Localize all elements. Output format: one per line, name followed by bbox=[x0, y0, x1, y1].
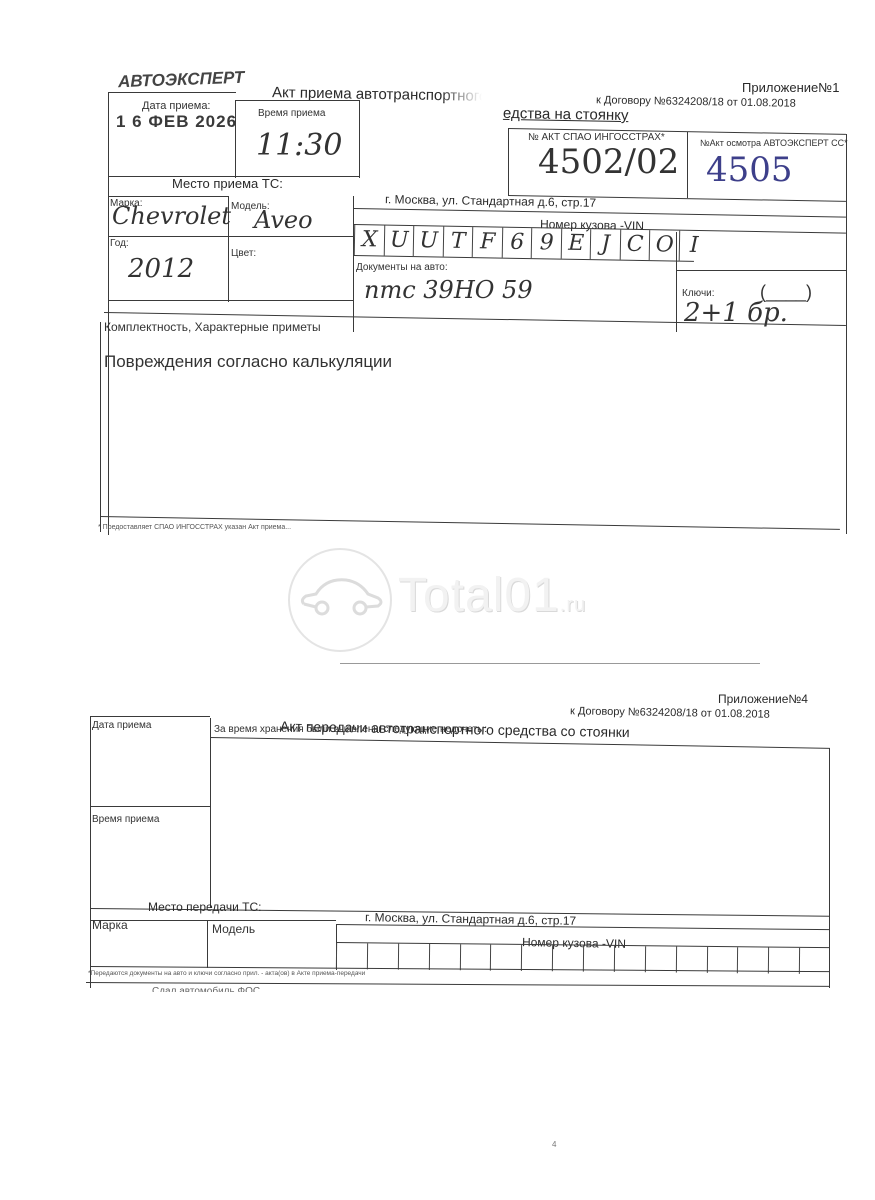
docs-value: птс 39НО 59 bbox=[364, 276, 533, 304]
vin-empty-cell bbox=[428, 944, 460, 970]
vin-char: U bbox=[383, 226, 414, 257]
date-stamp: 1 6 ФЕВ 2026 bbox=[116, 112, 237, 132]
vin-empty-cell bbox=[583, 946, 615, 972]
vin-char: 9 bbox=[531, 228, 562, 259]
vin-empty-cell bbox=[706, 947, 738, 973]
place-label-4: Место передачи ТС: bbox=[148, 900, 261, 914]
vin-empty-cell bbox=[675, 947, 707, 973]
watermark: Total01.ru bbox=[288, 548, 598, 658]
time-label-4: Время приема bbox=[92, 814, 159, 825]
vin-char: 6 bbox=[501, 228, 532, 259]
watermark-text: Total01.ru bbox=[398, 568, 586, 623]
vin-empty-cell bbox=[367, 943, 399, 969]
vin-empty-cell bbox=[398, 944, 430, 970]
vin-empty-cell bbox=[336, 943, 368, 969]
act-ingos-value: 4502/02 bbox=[538, 142, 679, 182]
docs-label: Документы на авто: bbox=[356, 262, 448, 273]
defects-label: За время хранения были выявлены следующи… bbox=[214, 724, 487, 735]
time-label: Время приема bbox=[258, 108, 325, 119]
cut-off-text: Сдал автомобиль ФОС... bbox=[152, 986, 268, 992]
model-label-4: Модель bbox=[212, 922, 255, 936]
page-number: 4 bbox=[552, 1140, 556, 1149]
vin-empty-cell bbox=[552, 945, 584, 971]
year-value: 2012 bbox=[128, 254, 194, 284]
vin-empty-cell bbox=[645, 946, 677, 972]
appendix-label: Приложение№1 bbox=[742, 80, 839, 95]
color-label: Цвет: bbox=[231, 248, 256, 259]
date-label-4: Дата приема bbox=[92, 720, 151, 731]
vin-empty-cell bbox=[614, 946, 646, 972]
vin-char: T bbox=[442, 227, 473, 258]
make-label-4: Марка bbox=[92, 918, 128, 932]
vin-char: F bbox=[472, 227, 503, 258]
vin-char: C bbox=[619, 230, 650, 261]
vin-char: U bbox=[413, 226, 444, 257]
date-label: Дата приема: bbox=[142, 100, 211, 112]
car-icon bbox=[296, 570, 386, 620]
act-autoexpert-value: 4505 bbox=[706, 150, 793, 190]
keys-extra-bracket: (____) bbox=[760, 282, 812, 303]
vin-char: I bbox=[678, 231, 709, 262]
time-value: 11:30 bbox=[256, 128, 342, 163]
vin-char: J bbox=[590, 229, 621, 260]
vin-char: E bbox=[560, 229, 591, 260]
appendix-label-4: Приложение№4 bbox=[718, 692, 808, 706]
vin-empty-cell bbox=[490, 945, 522, 971]
place-value: г. Москва, ул. Стандартная д.6, стр.17 bbox=[385, 192, 596, 210]
damages-text: Повреждения согласно калькуляции bbox=[104, 352, 392, 372]
form-title-right: едства на стоянку bbox=[503, 105, 629, 124]
contract-reference-4: к Договору №6324208/18 от 01.08.2018 bbox=[570, 705, 770, 720]
vin-char: X bbox=[354, 225, 385, 256]
place-label: Место приема ТС: bbox=[172, 176, 283, 191]
make-value: Chevrolet bbox=[112, 202, 231, 230]
completeness-label: Комплектность, Характерные приметы bbox=[104, 320, 321, 334]
vin-empty-cell bbox=[459, 944, 491, 970]
model-value: Aveo bbox=[254, 206, 313, 234]
footnote-form1: * Предоставляет СПАО ИНГОССТРАХ указан А… bbox=[98, 524, 291, 531]
footnote-form4: *Передаются документы на авто и ключи со… bbox=[88, 970, 365, 977]
stamp-logo: АВТОЭКСПЕРТ bbox=[118, 68, 245, 92]
year-label: Год: bbox=[110, 238, 129, 249]
vin-empty-cell bbox=[521, 945, 553, 971]
act-autoexpert-label: №Акт осмотра АВТОЭКСПЕРТ СС* bbox=[700, 138, 848, 148]
